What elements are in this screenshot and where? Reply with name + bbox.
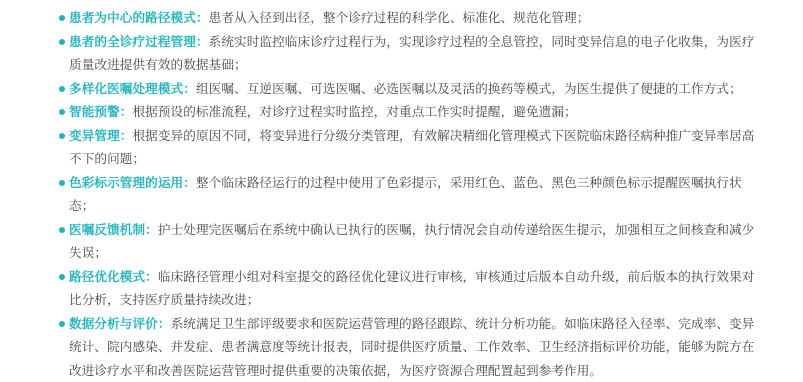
feature-item-patient-centered: 患者为中心的路径模式：患者从入径到出径，整个诊疗过程的科学化、标准化、规范化管理… bbox=[69, 6, 759, 30]
bullet-dot-icon bbox=[59, 86, 65, 92]
feature-item-path-optimization: 路径优化模式：临床路径管理小组对科室提交的路径优化建议进行审核，审核通过后版本自… bbox=[69, 265, 759, 312]
feature-description: 根据预设的标准流程，对诊疗过程实时监控，对重点工作实时提醒，避免遗漏； bbox=[132, 104, 576, 119]
feature-description: 组医嘱、互逆医嘱、可选医嘱、必选医嘱以及灵活的换药等模式，为医生提供了便捷的工作… bbox=[196, 81, 742, 96]
feature-item-smart-alert: 智能预警：根据预设的标准流程，对诊疗过程实时监控，对重点工作实时提醒，避免遗漏； bbox=[69, 100, 759, 124]
feature-item-full-process: 患者的全诊疗过程管理：系统实时监控临床诊疗过程行为，实现诊疗过程的全息管控，同时… bbox=[69, 30, 759, 77]
feature-title: 智能预警： bbox=[69, 104, 132, 119]
feature-item-variation: 变异管理：根据变异的原因不同，将变异进行分级分类管理，有效解决精细化管理模式下医… bbox=[69, 124, 759, 171]
feature-item-order-modes: 多样化医嘱处理模式：组医嘱、互逆医嘱、可选医嘱、必选医嘱以及灵活的换药等模式，为… bbox=[69, 77, 759, 101]
feature-title: 患者的全诊疗过程管理： bbox=[69, 34, 209, 49]
feature-item-color-marking: 色彩标示管理的运用：整个临床路径运行的过程中使用了色彩提示，采用红色、蓝色、黑色… bbox=[69, 171, 759, 218]
bullet-dot-icon bbox=[59, 180, 65, 186]
feature-item-order-feedback: 医嘱反馈机制：护士处理完医嘱后在系统中确认已执行的医嘱，执行情况会自动传递给医生… bbox=[69, 218, 759, 265]
bullet-dot-icon bbox=[59, 39, 65, 45]
feature-title: 医嘱反馈机制： bbox=[69, 222, 158, 237]
feature-list: 患者为中心的路径模式：患者从入径到出径，整个诊疗过程的科学化、标准化、规范化管理… bbox=[69, 3, 759, 318]
feature-title: 患者为中心的路径模式： bbox=[69, 10, 209, 25]
bullet-dot-icon bbox=[59, 109, 65, 115]
bullet-dot-icon bbox=[59, 133, 65, 139]
feature-title: 色彩标示管理的运用： bbox=[69, 175, 196, 190]
feature-description: 患者从入径到出径，整个诊疗过程的科学化、标准化、规范化管理； bbox=[209, 10, 590, 25]
feature-title: 变异管理： bbox=[69, 128, 132, 143]
feature-item-data-analysis: 数据分析与评价：系统满足卫生部评级要求和医院运营管理的路径跟踪、统计分析功能。如… bbox=[69, 312, 759, 319]
bullet-dot-icon bbox=[59, 227, 65, 233]
feature-title: 路径优化模式： bbox=[69, 269, 158, 284]
bullet-dot-icon bbox=[59, 274, 65, 280]
feature-description: 根据变异的原因不同，将变异进行分级分类管理，有效解决精细化管理模式下医院临床路径… bbox=[69, 128, 754, 167]
feature-title: 多样化医嘱处理模式： bbox=[69, 81, 196, 96]
bullet-dot-icon bbox=[59, 15, 65, 21]
feature-description: 临床路径管理小组对科室提交的路径优化建议进行审核，审核通过后版本自动升级，前后版… bbox=[69, 269, 754, 308]
feature-description: 护士处理完医嘱后在系统中确认已执行的医嘱，执行情况会自动传递给医生提示，加强相互… bbox=[69, 222, 754, 261]
